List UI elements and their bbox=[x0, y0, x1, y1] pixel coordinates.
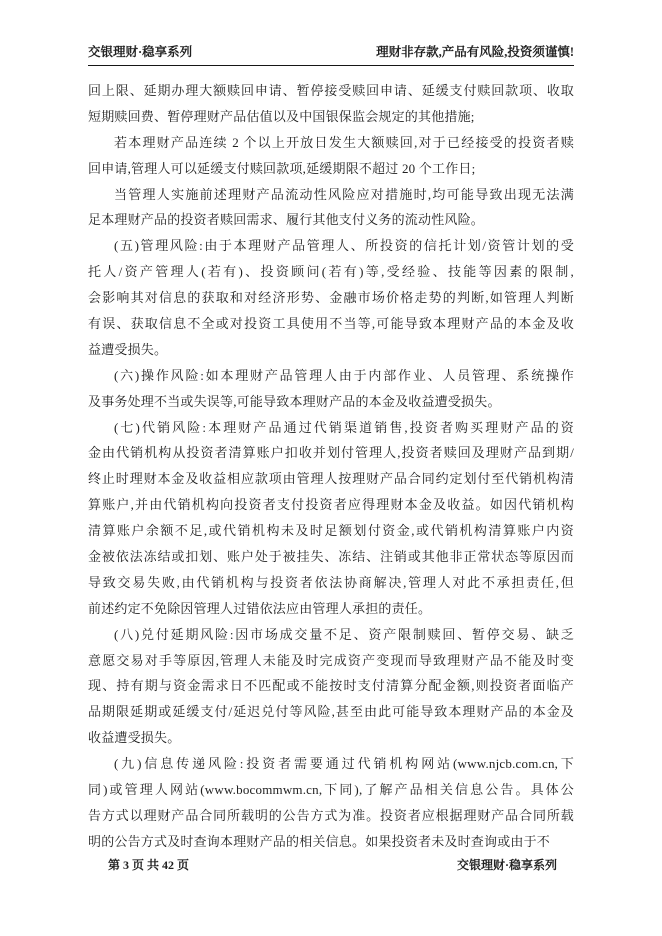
body-text-line: 短期赎回费、暂停理财产品估值以及中国银保监会规定的其他措施; bbox=[88, 104, 574, 130]
footer-series-title: 交银理财·稳享系列 bbox=[457, 858, 574, 873]
page-footer: 第 3 页 共 42 页 交银理财·稳享系列 bbox=[88, 855, 574, 873]
body-text-line: 若本理财产品连续 2 个以上开放日发生大额赎回,对于已经接受的投资者赎 bbox=[88, 130, 574, 156]
body-text-line: 终止时理财本金及收益相应款项由管理人按理财产品合同约定划付至代销机构清 bbox=[88, 466, 574, 492]
body-text-line: 明的公告方式及时查询本理财产品的相关信息。如果投资者未及时查询或由于不 bbox=[88, 829, 574, 855]
body-text-line: 品期限延期或延缓支付/延迟兑付等风险,甚至由此可能导致本理财产品的本金及 bbox=[88, 699, 574, 725]
header-series-title: 交银理财·稳享系列 bbox=[88, 45, 192, 60]
body-text-line: 金由代销机构从投资者清算账户扣收并划付管理人,投资者赎回及理财产品到期/ bbox=[88, 440, 574, 466]
body-text-line: (七)代销风险:本理财产品通过代销渠道销售,投资者购买理财产品的资 bbox=[88, 415, 574, 441]
body-text-line: 意愿交易对手等原因,管理人未能及时完成资产变现而导致理财产品不能及时变 bbox=[88, 648, 574, 674]
body-text-line: 金被依法冻结或扣划、账户处于被挂失、冻结、注销或其他非正常状态等原因而 bbox=[88, 544, 574, 570]
body-text-line: 回上限、延期办理大额赎回申请、暂停接受赎回申请、延缓支付赎回款项、收取 bbox=[88, 78, 574, 104]
body-text-line: 收益遭受损失。 bbox=[88, 725, 574, 751]
body-text-line: (八)兑付延期风险:因市场成交量不足、资产限制赎回、暂停交易、缺乏 bbox=[88, 622, 574, 648]
body-text-line: 益遭受损失。 bbox=[88, 337, 574, 363]
body-text-line: 导致交易失败,由代销机构与投资者依法协商解决,管理人对此不承担责任,但 bbox=[88, 570, 574, 596]
body-text-line: 算账户,并由代销机构向投资者支付投资者应得理财本金及收益。如因代销机构 bbox=[88, 492, 574, 518]
body-text-line: 足本理财产品的投资者赎回需求、履行其他支付义务的流动性风险。 bbox=[88, 207, 574, 233]
body-text-line: 同)或管理人网站(www.bocommwm.cn,下同),了解产品相关信息公告。… bbox=[88, 777, 574, 803]
body-text-line: (五)管理风险:由于本理财产品管理人、所投资的信托计划/资管计划的受 bbox=[88, 233, 574, 259]
body-text-line: 有误、获取信息不全或对投资工具使用不当等,可能导致本理财产品的本金及收 bbox=[88, 311, 574, 337]
header-risk-disclaimer: 理财非存款,产品有风险,投资须谨慎! bbox=[376, 45, 574, 60]
body-text-line: 当管理人实施前述理财产品流动性风险应对措施时,均可能导致出现无法满 bbox=[88, 182, 574, 208]
body-text-line: 清算账户余额不足,或代销机构未及时足额划付资金,或代销机构清算账户内资 bbox=[88, 518, 574, 544]
footer-page-number: 第 3 页 共 42 页 bbox=[88, 858, 189, 873]
body-text-line: 托人/资产管理人(若有)、投资顾问(若有)等,受经验、技能等因素的限制, bbox=[88, 259, 574, 285]
body-text-line: 现、持有期与资金需求日不匹配或不能按时支付清算分配金额,则投资者面临产 bbox=[88, 673, 574, 699]
body-text-line: 及事务处理不当或失误等,可能导致本理财产品的本金及收益遭受损失。 bbox=[88, 389, 574, 415]
body-text-line: (六)操作风险:如本理财产品管理人由于内部作业、人员管理、系统操作 bbox=[88, 363, 574, 389]
body-text-line: 前述约定不免除因管理人过错依法应由管理人承担的责任。 bbox=[88, 596, 574, 622]
body-text-line: 回申请,管理人可以延缓支付赎回款项,延缓期限不超过 20 个工作日; bbox=[88, 156, 574, 182]
body-text-line: 告方式以理财产品合同所载明的公告方式为准。投资者应根据理财产品合同所载 bbox=[88, 803, 574, 829]
document-page: 交银理财·稳享系列 理财非存款,产品有风险,投资须谨慎! 回上限、延期办理大额赎… bbox=[0, 0, 662, 936]
body-paragraphs-container: 回上限、延期办理大额赎回申请、暂停接受赎回申请、延缓支付赎回款项、收取短期赎回费… bbox=[88, 66, 574, 855]
body-text-line: (九)信息传递风险:投资者需要通过代销机构网站(www.njcb.com.cn,… bbox=[88, 751, 574, 777]
page-header: 交银理财·稳享系列 理财非存款,产品有风险,投资须谨慎! bbox=[88, 0, 574, 66]
body-text-line: 会影响其对信息的获取和对经济形势、金融市场价格走势的判断,如管理人判断 bbox=[88, 285, 574, 311]
